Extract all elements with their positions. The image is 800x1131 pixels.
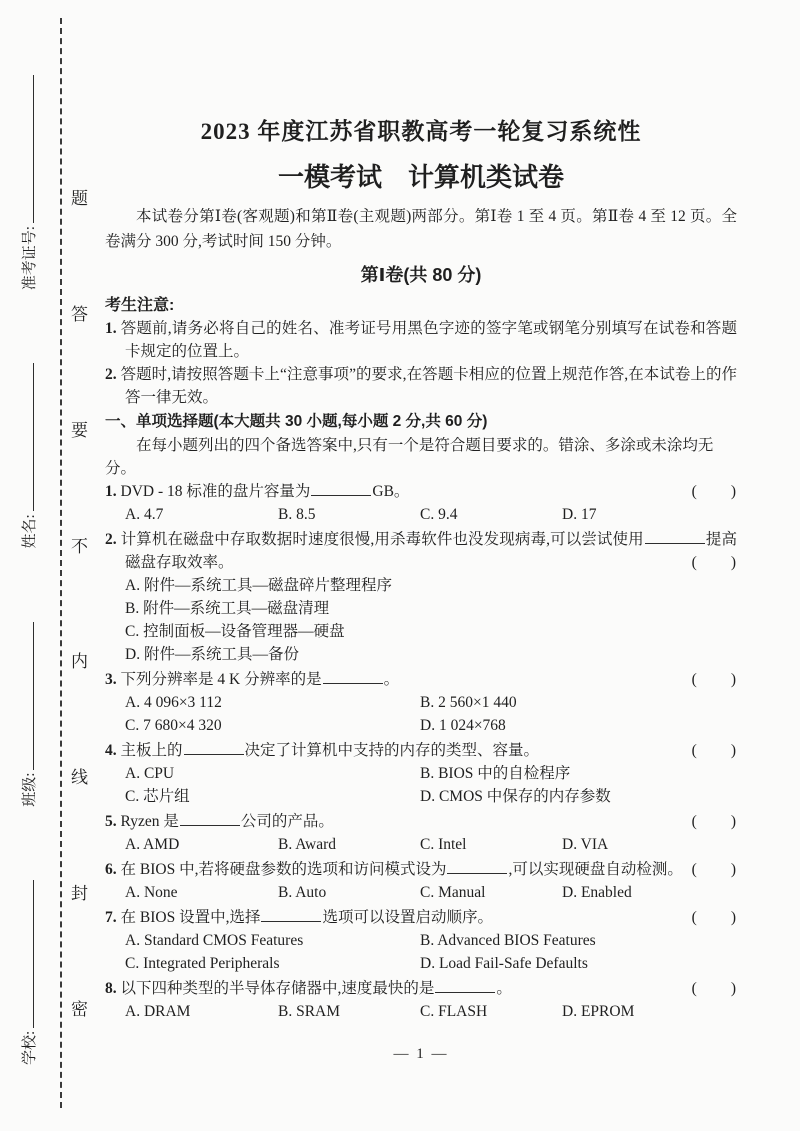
- exam-intro: 本试卷分第Ⅰ卷(客观题)和第Ⅱ卷(主观题)两部分。第Ⅰ卷 1 至 4 页。第Ⅱ卷…: [105, 204, 737, 254]
- question-text: 8. 以下四种类型的半导体存储器中,速度最快的是。( ): [105, 977, 737, 1000]
- notice-item: 2. 答题时,请按照答题卡上“注意事项”的要求,在答题卡相应的位置上规范作答,在…: [105, 363, 737, 409]
- option: B. Auto: [278, 881, 420, 904]
- exam-content: 2023 年度江苏省职教高考一轮复习系统性 一模考试 计算机类试卷 本试卷分第Ⅰ…: [105, 116, 737, 1025]
- question-text: 3. 下列分辨率是 4 K 分辨率的是。( ): [105, 668, 737, 691]
- class-field: 班级:: [19, 622, 42, 807]
- section-i-title: 第Ⅰ卷(共 80 分): [105, 262, 737, 288]
- option: B. Advanced BIOS Features: [420, 929, 737, 952]
- fill-in-blank: [261, 908, 321, 922]
- fill-in-blank: [645, 530, 705, 544]
- exam-title-line2: 一模考试 计算机类试卷: [105, 160, 737, 194]
- school-field: 学校:: [19, 880, 42, 1065]
- seal-char: 题: [71, 190, 88, 207]
- question-text: 1. DVD - 18 标准的盘片容量为GB。( ): [105, 480, 737, 503]
- option-group: A. NoneB. AutoC. ManualD. Enabled: [105, 881, 737, 904]
- option: C. Manual: [420, 881, 562, 904]
- page-number: — 1 —: [105, 1043, 737, 1066]
- class-label: 班级:: [22, 773, 38, 807]
- admission-number-field: 准考证号:: [19, 75, 42, 290]
- option: D. VIA: [562, 833, 737, 856]
- option-group: A. 4.7B. 8.5C. 9.4D. 17: [105, 503, 737, 526]
- question: 7. 在 BIOS 设置中,选择选项可以设置启动顺序。( )A. Standar…: [105, 906, 737, 975]
- answer-bracket: ( ): [692, 810, 737, 833]
- answer-bracket: ( ): [692, 858, 737, 881]
- notice-list: 1. 答题前,请务必将自己的姓名、准考证号用黑色字迹的签字笔或钢笔分别填写在试卷…: [105, 317, 737, 409]
- fill-in-blank: [447, 860, 507, 874]
- fill-in-blank: [311, 482, 371, 496]
- option: A. CPU: [125, 762, 420, 785]
- option: A. 4 096×3 112: [125, 691, 420, 714]
- option: C. Integrated Peripherals: [125, 952, 420, 975]
- option-group: A. CPUB. BIOS 中的自检程序C. 芯片组D. CMOS 中保存的内存…: [105, 762, 737, 808]
- seal-char: 线: [71, 769, 88, 786]
- option: A. DRAM: [125, 1000, 278, 1023]
- notice-item-number: 2.: [105, 366, 121, 383]
- exam-title-line1: 2023 年度江苏省职教高考一轮复习系统性: [105, 116, 737, 148]
- option: D. 1 024×768: [420, 714, 737, 737]
- option: B. 8.5: [278, 503, 420, 526]
- question: 4. 主板上的决定了计算机中支持的内存的类型、容量。( )A. CPUB. BI…: [105, 739, 737, 808]
- option: C. Intel: [420, 833, 562, 856]
- answer-bracket: ( ): [692, 551, 737, 574]
- question-number: 7.: [105, 909, 121, 926]
- question-text: 5. Ryzen 是公司的产品。( ): [105, 810, 737, 833]
- question: 1. DVD - 18 标准的盘片容量为GB。( )A. 4.7B. 8.5C.…: [105, 480, 737, 526]
- option: C. FLASH: [420, 1000, 562, 1023]
- option: A. 附件—系统工具—磁盘碎片整理程序: [125, 574, 737, 597]
- option: B. Award: [278, 833, 420, 856]
- fill-in-blank: [435, 979, 495, 993]
- option: D. 17: [562, 503, 737, 526]
- answer-bracket: ( ): [692, 480, 737, 503]
- question: 8. 以下四种类型的半导体存储器中,速度最快的是。( )A. DRAMB. SR…: [105, 977, 737, 1023]
- question-number: 2.: [105, 531, 121, 548]
- option: B. BIOS 中的自检程序: [420, 762, 737, 785]
- answer-bracket: ( ): [692, 739, 737, 762]
- question-list: 1. DVD - 18 标准的盘片容量为GB。( )A. 4.7B. 8.5C.…: [105, 480, 737, 1023]
- question-number: 5.: [105, 813, 121, 830]
- option: D. EPROM: [562, 1000, 737, 1023]
- seal-char: 要: [71, 422, 88, 439]
- answer-bracket: ( ): [692, 906, 737, 929]
- multiple-choice-instruction: 在每小题列出的四个备选答案中,只有一个是符合题目要求的。错涂、多涂或未涂均无分。: [105, 434, 737, 480]
- fill-in-blank: [184, 741, 244, 755]
- seal-dashed-line: [60, 18, 62, 1108]
- question: 6. 在 BIOS 中,若将硬盘参数的选项和访问模式设为,可以实现硬盘自动检测。…: [105, 858, 737, 904]
- student-name-blank-line: [20, 363, 34, 511]
- exam-paper-page: { "seal": { "fields": [ { "name": "schoo…: [0, 0, 800, 1131]
- option: B. 附件—系统工具—磁盘清理: [125, 597, 737, 620]
- seal-char: 密: [71, 1001, 88, 1018]
- option: B. 2 560×1 440: [420, 691, 737, 714]
- option: C. 9.4: [420, 503, 562, 526]
- question-number: 6.: [105, 861, 121, 878]
- option: C. 7 680×4 320: [125, 714, 420, 737]
- seal-char: 内: [71, 653, 88, 670]
- question: 2. 计算机在磁盘中存取数据时速度很慢,用杀毒软件也没发现病毒,可以尝试使用提高…: [105, 528, 737, 666]
- option-group: A. 附件—系统工具—磁盘碎片整理程序B. 附件—系统工具—磁盘清理C. 控制面…: [105, 574, 737, 666]
- answer-bracket: ( ): [692, 668, 737, 691]
- admission-number-blank-line: [20, 75, 34, 223]
- option: D. Load Fail-Safe Defaults: [420, 952, 737, 975]
- option: A. Standard CMOS Features: [125, 929, 420, 952]
- class-blank-line: [20, 622, 34, 770]
- seal-char: 不: [71, 538, 88, 555]
- student-name-field: 姓名:: [19, 363, 42, 548]
- question-number: 4.: [105, 742, 121, 759]
- option: A. 4.7: [125, 503, 278, 526]
- seal-text-column: 题答要不内线封密: [71, 190, 88, 1018]
- question-text: 6. 在 BIOS 中,若将硬盘参数的选项和访问模式设为,可以实现硬盘自动检测。…: [105, 858, 737, 881]
- notice-item-number: 1.: [105, 320, 121, 337]
- option: A. None: [125, 881, 278, 904]
- question-text: 2. 计算机在磁盘中存取数据时速度很慢,用杀毒软件也没发现病毒,可以尝试使用提高…: [105, 528, 737, 574]
- question-number: 3.: [105, 671, 121, 688]
- fill-in-blank: [180, 812, 240, 826]
- exam-info-fields: 学校:班级:姓名:准考证号:: [12, 75, 42, 1065]
- student-name-label: 姓名:: [22, 514, 38, 548]
- option-group: A. Standard CMOS FeaturesB. Advanced BIO…: [105, 929, 737, 975]
- multiple-choice-heading: 一、单项选择题(本大题共 30 小题,每小题 2 分,共 60 分): [105, 410, 737, 433]
- school-label: 学校:: [22, 1031, 38, 1065]
- question: 5. Ryzen 是公司的产品。( )A. AMDB. AwardC. Inte…: [105, 810, 737, 856]
- question-number: 8.: [105, 980, 121, 997]
- notice-heading: 考生注意:: [105, 294, 737, 317]
- option-group: A. AMDB. AwardC. IntelD. VIA: [105, 833, 737, 856]
- option: D. CMOS 中保存的内存参数: [420, 785, 737, 808]
- notice-item: 1. 答题前,请务必将自己的姓名、准考证号用黑色字迹的签字笔或钢笔分别填写在试卷…: [105, 317, 737, 363]
- option: B. SRAM: [278, 1000, 420, 1023]
- answer-bracket: ( ): [692, 977, 737, 1000]
- question-text: 7. 在 BIOS 设置中,选择选项可以设置启动顺序。( ): [105, 906, 737, 929]
- seal-char: 答: [71, 306, 88, 323]
- option: C. 控制面板—设备管理器—硬盘: [125, 620, 737, 643]
- question: 3. 下列分辨率是 4 K 分辨率的是。( )A. 4 096×3 112B. …: [105, 668, 737, 737]
- option: C. 芯片组: [125, 785, 420, 808]
- seal-char: 封: [71, 885, 88, 902]
- admission-number-label: 准考证号:: [22, 226, 38, 290]
- option-group: A. 4 096×3 112B. 2 560×1 440C. 7 680×4 3…: [105, 691, 737, 737]
- question-text: 4. 主板上的决定了计算机中支持的内存的类型、容量。( ): [105, 739, 737, 762]
- option: D. 附件—系统工具—备份: [125, 643, 737, 666]
- school-blank-line: [20, 880, 34, 1028]
- option-group: A. DRAMB. SRAMC. FLASHD. EPROM: [105, 1000, 737, 1023]
- option: A. AMD: [125, 833, 278, 856]
- fill-in-blank: [323, 670, 383, 684]
- option: D. Enabled: [562, 881, 737, 904]
- question-number: 1.: [105, 483, 121, 500]
